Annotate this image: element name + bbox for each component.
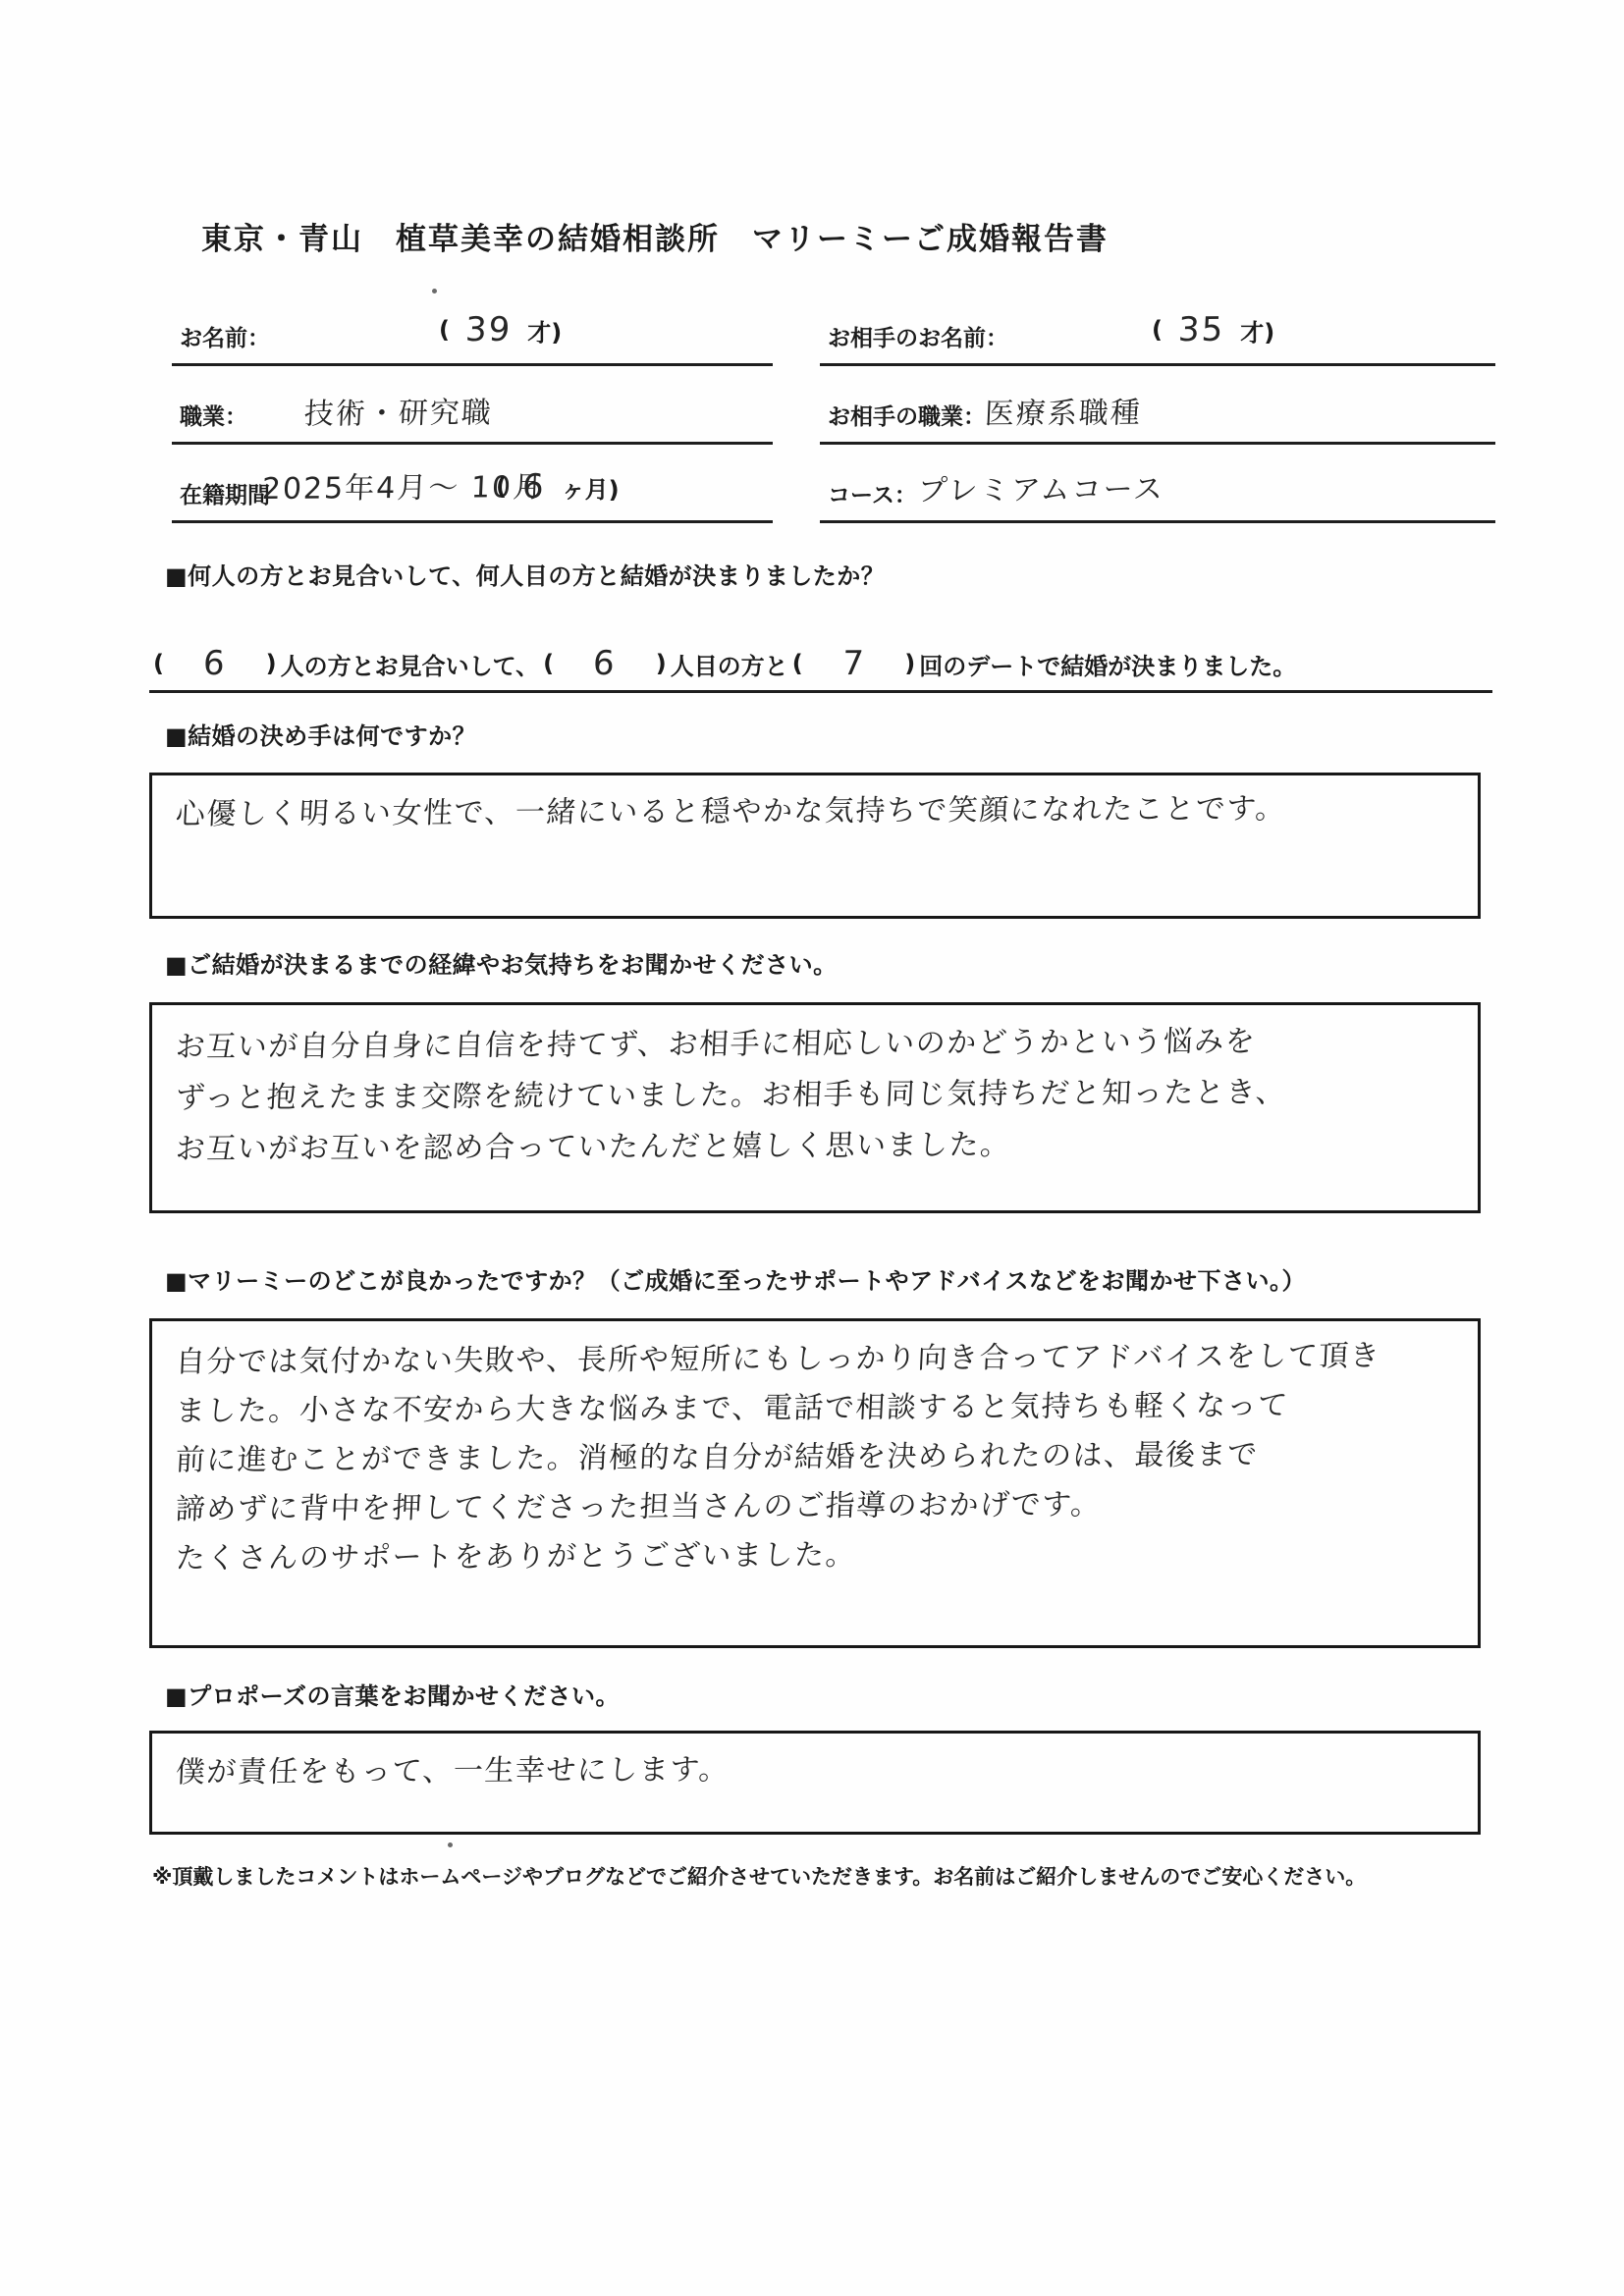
propose-answer-text: 僕が責任をもって、一生幸せにします。 [175,1744,1456,1796]
partner-age-group: ( 35 才) [1144,310,1282,349]
close-paren: ) [656,650,667,677]
field-course: コース： プレミアムコース [820,467,1495,523]
process-answer-line: お互いがお互いを認め合っていたんだと嬉しく思いました。 [175,1118,1456,1176]
scan-artifact-dot [448,1842,453,1847]
name-label: お名前： [180,320,270,352]
field-job: 職業： 技術・研究職 [172,389,773,445]
report-title: 東京・青山 植草美幸の結婚相談所 マリーミーご成婚報告書 [201,214,1109,258]
field-partner-job: お相手の職業： 医療系職種 [820,389,1495,445]
partner-job-value: 医療系職種 [984,388,1143,432]
process-answer-box: お互いが自分自身に自信を持てず、お相手に相応しいのかどうかという悩みを ずっと抱… [149,1002,1481,1213]
job-label: 職業： [180,399,247,431]
name-age-group: ( 39 才) [431,310,569,349]
age-suffix: 才) [527,313,562,347]
question-decider-header: ■結婚の決め手は何ですか？ [165,717,476,751]
partner-age-value: 35 [1177,310,1225,349]
marrieme-answer-box: 自分では気付かない失敗や、長所や短所にもしっかり向き合ってアドバイスをして頂き … [149,1318,1481,1648]
field-partner-name: お相手のお名前： ( 35 才) [820,310,1495,366]
open-paren: ( [1152,316,1163,344]
job-value: 技術・研究職 [303,388,494,432]
miai-dates-value: 7 [841,644,866,683]
question-miai-header: ■何人の方とお見合いして、何人目の方と結婚が決まりましたか？ [165,557,885,591]
field-name: お名前： ( 39 才) [172,310,773,366]
decider-answer-box: 心優しく明るい女性で、一緒にいると穏やかな気持ちで笑顔になれたことです。 [149,773,1481,919]
miai-text-2: 人目の方と [671,647,788,681]
partner-job-label: お相手の職業： [828,399,986,431]
miai-underline [149,690,1492,693]
marrieme-answer-line: 自分では気付かない失敗や、長所や短所にもしっかり向き合ってアドバイスをして頂き [175,1332,1456,1388]
marrieme-answer-line: 諦めずに背中を押してくださった担当さんのご指導のおかげです。 [175,1479,1456,1535]
name-age-value: 39 [464,310,513,349]
open-paren: ( [439,316,450,344]
marrieme-answer-line: たくさんのサポートをありがとうございました。 [175,1528,1456,1584]
close-paren: ) [904,650,915,677]
miai-text-1: 人の方とお見合いして、 [281,647,540,681]
close-paren: ) [266,650,277,677]
question-process-header: ■ご結婚が決まるまでの経緯やお気持ちをお聞かせください。 [165,945,838,980]
process-answer-line: ずっと抱えたまま交際を続けていました。お相手も同じ気持ちだと知ったとき、 [175,1067,1456,1125]
question-propose-header: ■プロポーズの言葉をお聞かせください。 [165,1677,620,1711]
period-label: 在籍期間 [180,477,270,509]
footer-note: ※頂戴しましたコメントはホームページやブログなどでご紹介させていただきます。お名… [152,1861,1366,1891]
period-months-value: 6 [521,467,546,507]
miai-count-value: 6 [202,644,227,683]
miai-text-3: 回のデートで結婚が決まりました。 [919,647,1296,681]
field-period: 在籍期間 2025年4月～ 10月 ( 6 ヶ月) [172,467,773,523]
marrieme-answer-line: ました。小さな不安から大きな悩みまで、電話で相談すると気持ちも軽くなって [175,1381,1456,1437]
question-marrieme-header: ■マリーミーのどこが良かったですか？（ご成婚に至ったサポートやアドバイスなどをお… [165,1261,1306,1296]
miai-person-value: 6 [592,644,617,683]
months-suffix: ヶ月) [562,470,620,505]
open-paren: ( [496,473,507,501]
marrieme-answer-line: 前に進むことができました。消極的な自分が結婚を決められたのは、最後まで [175,1430,1456,1486]
propose-answer-box: 僕が責任をもって、一生幸せにします。 [149,1731,1481,1835]
decider-answer-text: 心優しく明るい女性で、一緒にいると穏やかな気持ちで笑顔になれたことです。 [175,786,1456,838]
open-paren: ( [153,650,164,677]
course-label: コース： [828,477,917,509]
partner-name-label: お相手のお名前： [828,320,1008,352]
scan-artifact-dot [432,289,437,294]
age-suffix: 才) [1240,313,1274,347]
scanned-report-page: 東京・青山 植草美幸の結婚相談所 マリーミーご成婚報告書 お名前： ( 39 才… [0,0,1624,2296]
process-answer-line: お互いが自分自身に自信を持てず、お相手に相応しいのかどうかという悩みを [175,1016,1456,1074]
open-paren: ( [543,650,554,677]
open-paren: ( [792,650,803,677]
period-months-group: ( 6 ヶ月) [488,467,627,507]
miai-answer-line: ( 6 ) 人の方とお見合いして、 ( 6 ) 人目の方と ( 7 ) 回のデー… [149,644,1296,683]
course-value: プレミアムコース [917,464,1165,509]
